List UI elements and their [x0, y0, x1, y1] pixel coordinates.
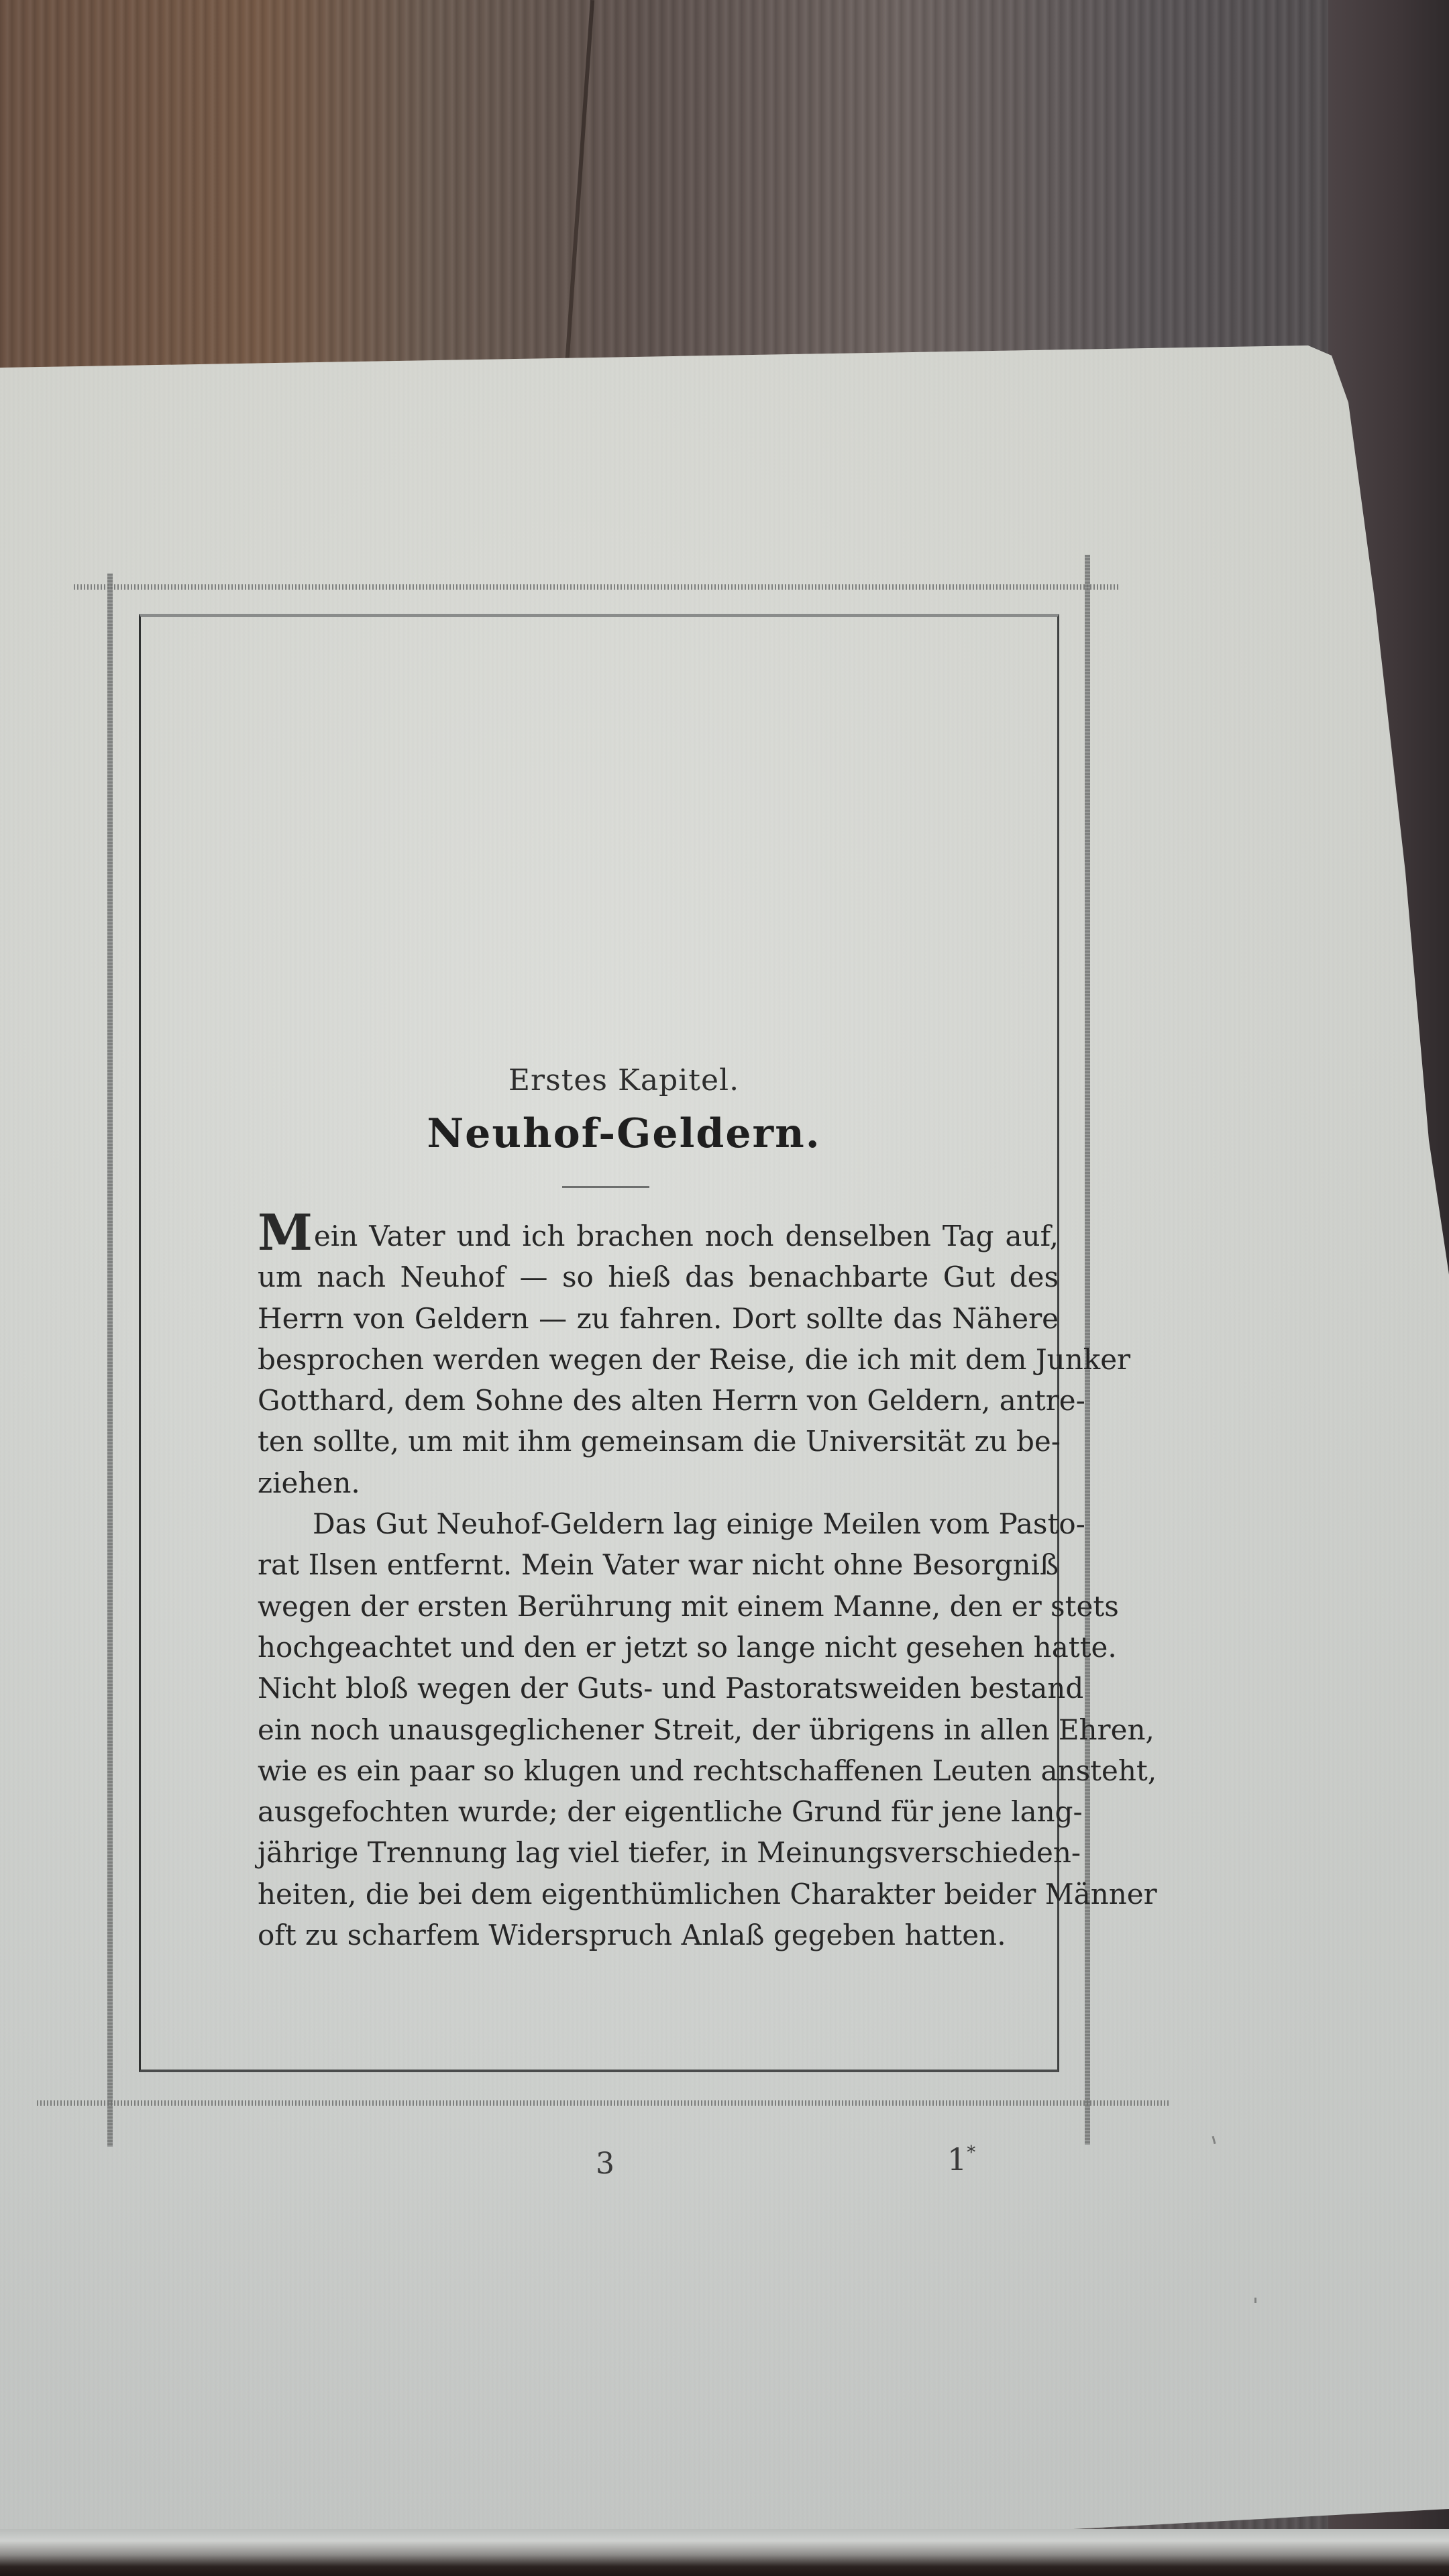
text-line: jährige Trennung lag viel tiefer, in Mei… [258, 1832, 1059, 1873]
chapter-label: Erstes Kapitel. [0, 1063, 1248, 1097]
frame-top-outer-rule [74, 584, 1120, 590]
page-number: 3 [596, 2147, 614, 2181]
text-line: hochgeachtet und den er jetzt so lange n… [258, 1627, 1059, 1668]
text-line: wie es ein paar so klugen und rechtschaf… [258, 1750, 1059, 1791]
drop-cap-initial: M [258, 1204, 313, 1262]
text-line: ausgefochten wurde; der eigentliche Grun… [258, 1791, 1059, 1832]
text-line: besprochen werden wegen der Reise, die i… [258, 1339, 1059, 1380]
printer-signature-mark: 1* [947, 2141, 975, 2178]
text-line-content: Das Gut Neuhof-Geldern lag einige Meilen… [313, 1507, 1085, 1540]
title-divider-rule [562, 1186, 649, 1188]
text-line: Nicht bloß wegen der Guts- und Pastorats… [258, 1668, 1059, 1709]
chapter-body-text: Mein Vater und ich brachen noch denselbe… [258, 1216, 1059, 1955]
text-line: ziehen. [258, 1462, 1059, 1503]
text-line: rat Ilsen entfernt. Mein Vater war nicht… [258, 1544, 1059, 1585]
signature-number: 1 [947, 2141, 967, 2178]
text-line: ein noch unausgeglichener Streit, der üb… [258, 1709, 1059, 1750]
chapter-title: Neuhof-Geldern. [0, 1110, 1248, 1157]
book-page: Erstes Kapitel. Neuhof-Geldern. Mein Vat… [0, 0, 1449, 2576]
frame-left-outer-rule [107, 574, 113, 2147]
page-stack-bottom-edge [0, 2529, 1449, 2576]
text-line: Mein Vater und ich brachen noch denselbe… [258, 1216, 1059, 1256]
text-line: Herrn von Geldern — zu fahren. Dort soll… [258, 1298, 1059, 1339]
text-line-content: ein Vater und ich brachen noch denselben… [314, 1220, 1059, 1252]
text-line: Gotthard, dem Sohne des alten Herrn von … [258, 1380, 1059, 1421]
paper-speck [1254, 2298, 1256, 2303]
text-line: oft zu scharfem Widerspruch Anlaß gegebe… [258, 1915, 1059, 1955]
frame-bottom-outer-rule [37, 2100, 1171, 2106]
text-line: ten sollte, um mit ihm gemeinsam die Uni… [258, 1421, 1059, 1462]
signature-asterisk: * [967, 2143, 975, 2163]
text-line: wegen der ersten Berührung mit einem Man… [258, 1586, 1059, 1627]
text-line: Das Gut Neuhof-Geldern lag einige Meilen… [258, 1503, 1059, 1544]
text-line: heiten, die bei dem eigenthümlichen Char… [258, 1874, 1059, 1915]
text-line: um nach Neuhof — so hieß das benachbarte… [258, 1256, 1059, 1297]
